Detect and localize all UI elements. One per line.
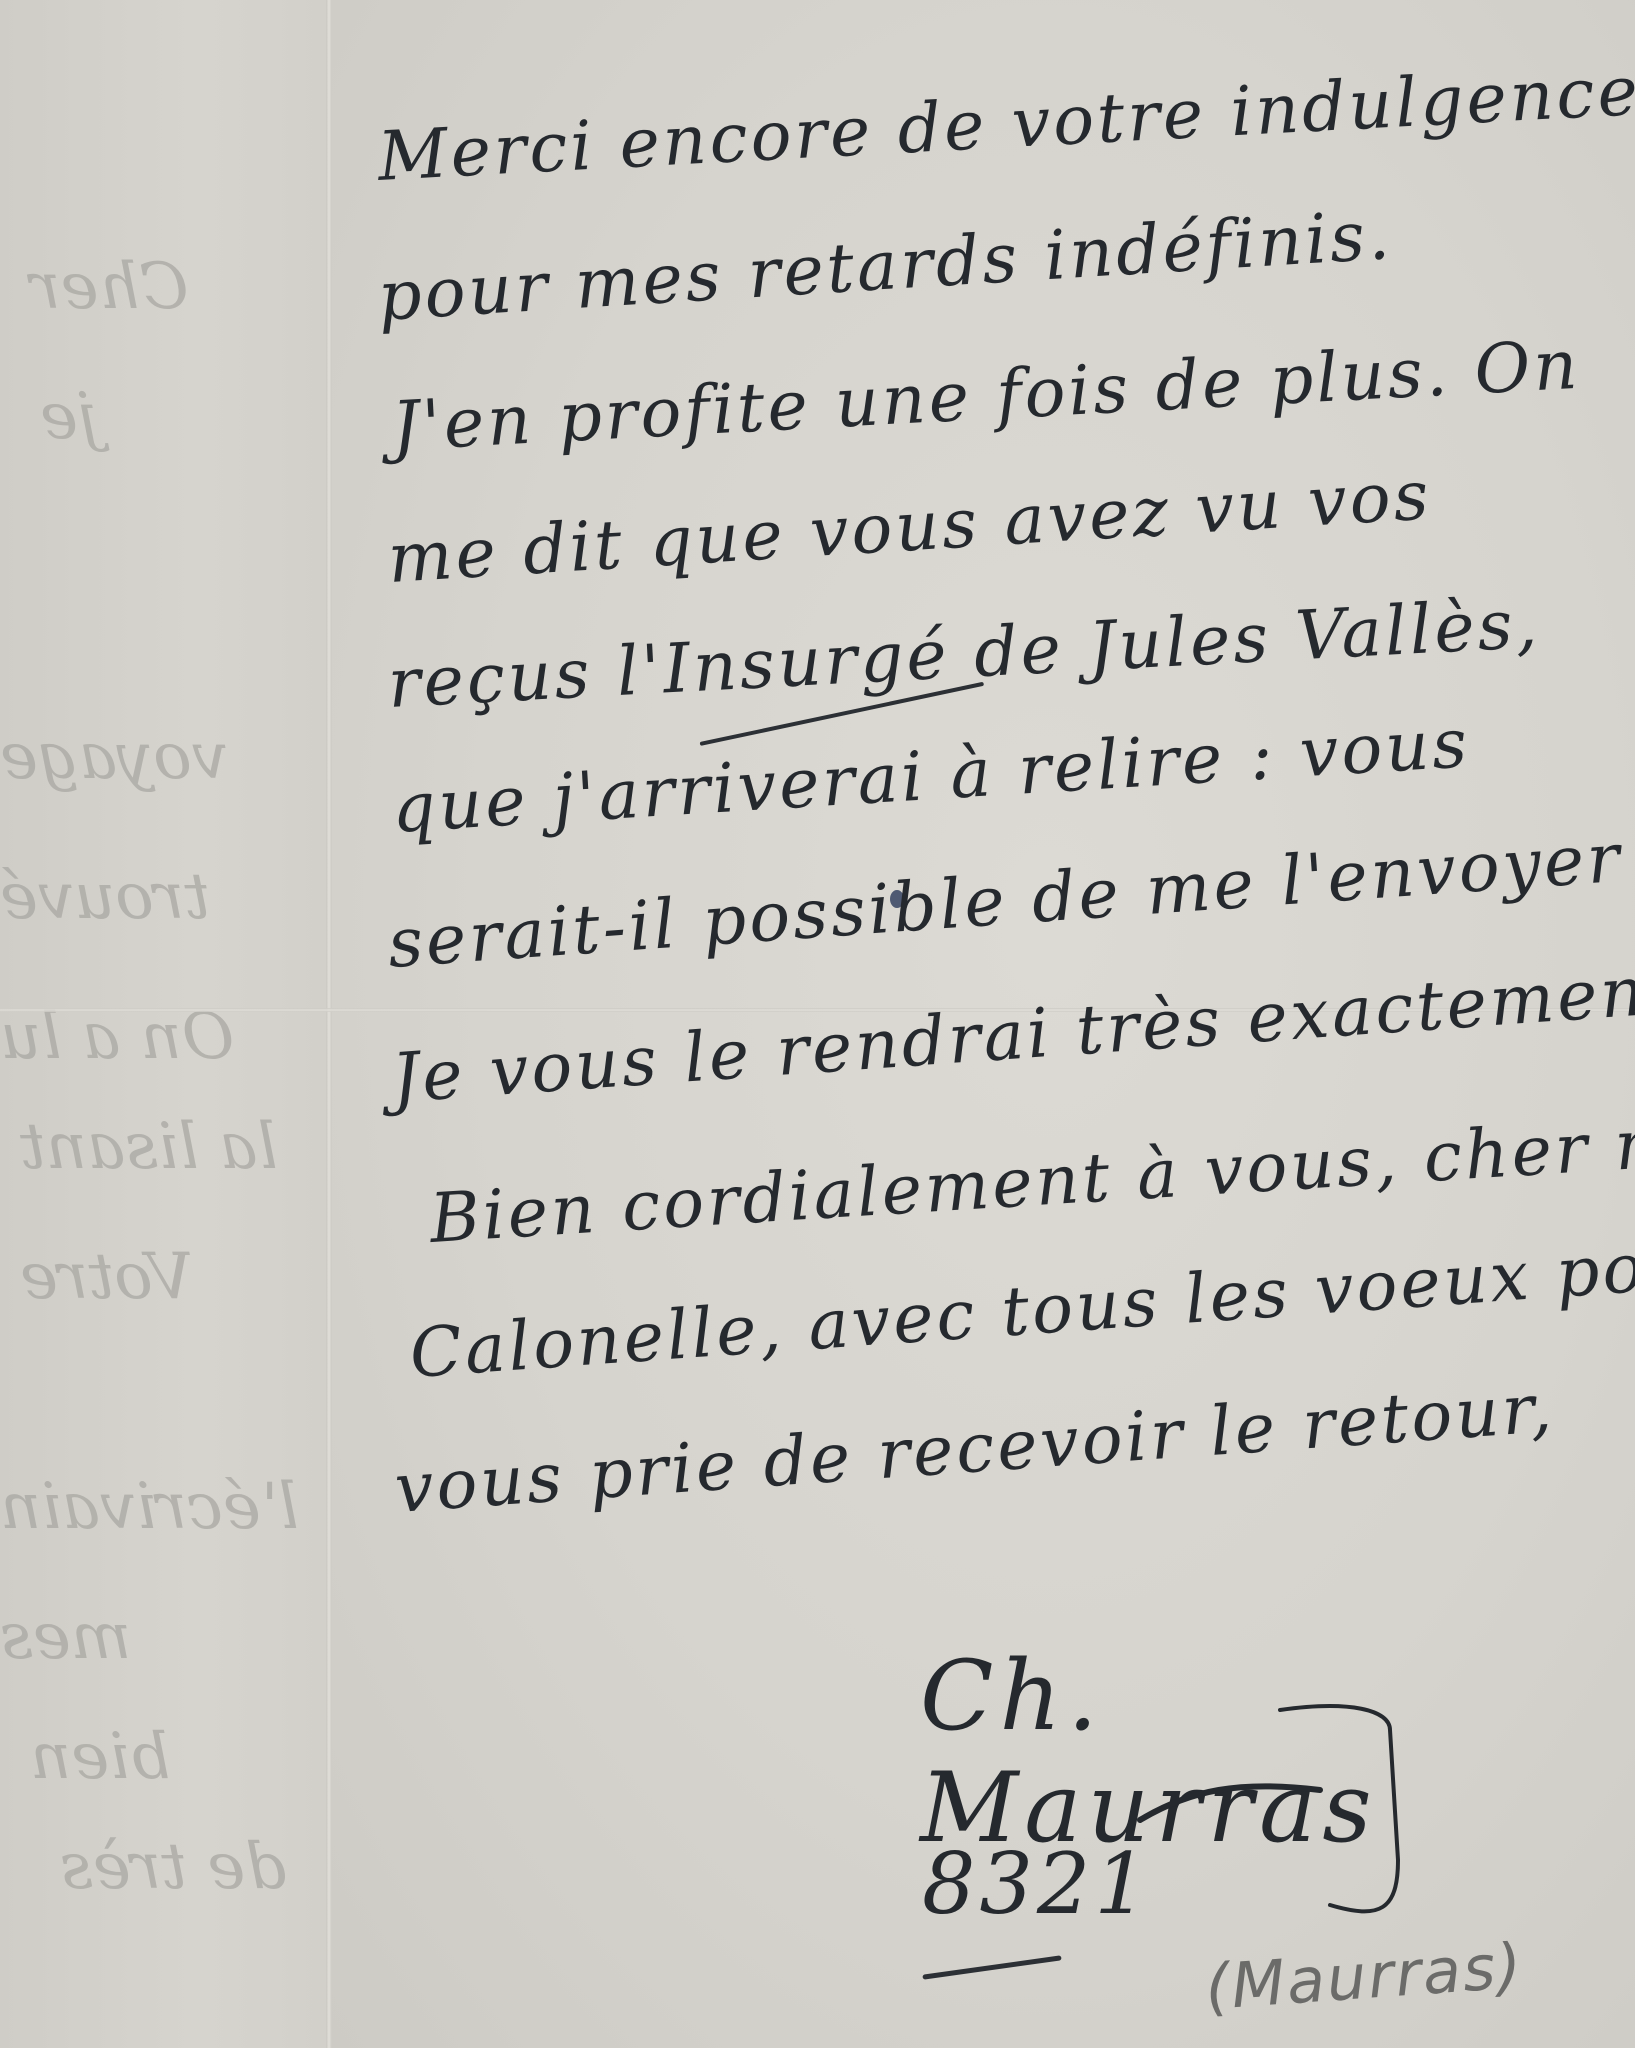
showthrough-text: bien: [30, 1720, 171, 1794]
showthrough-text: l'écrivain: [0, 1470, 299, 1544]
signature: Ch. Maurras: [920, 1620, 1540, 1800]
showthrough-text: Cher: [30, 250, 189, 324]
showthrough-text: mes: [0, 1600, 131, 1674]
showthrough-text: je: [40, 380, 98, 454]
showthrough-text: de très: [60, 1830, 286, 1904]
left-page: Cher je voyage trouvé On a lu la lisant …: [0, 0, 330, 2048]
showthrough-text: Votre: [20, 1240, 193, 1314]
reference-number: 8321: [922, 1835, 1152, 1933]
showthrough-text: trouvé: [0, 860, 210, 934]
showthrough-text: la lisant: [20, 1110, 278, 1184]
showthrough-text: voyage: [0, 720, 228, 794]
